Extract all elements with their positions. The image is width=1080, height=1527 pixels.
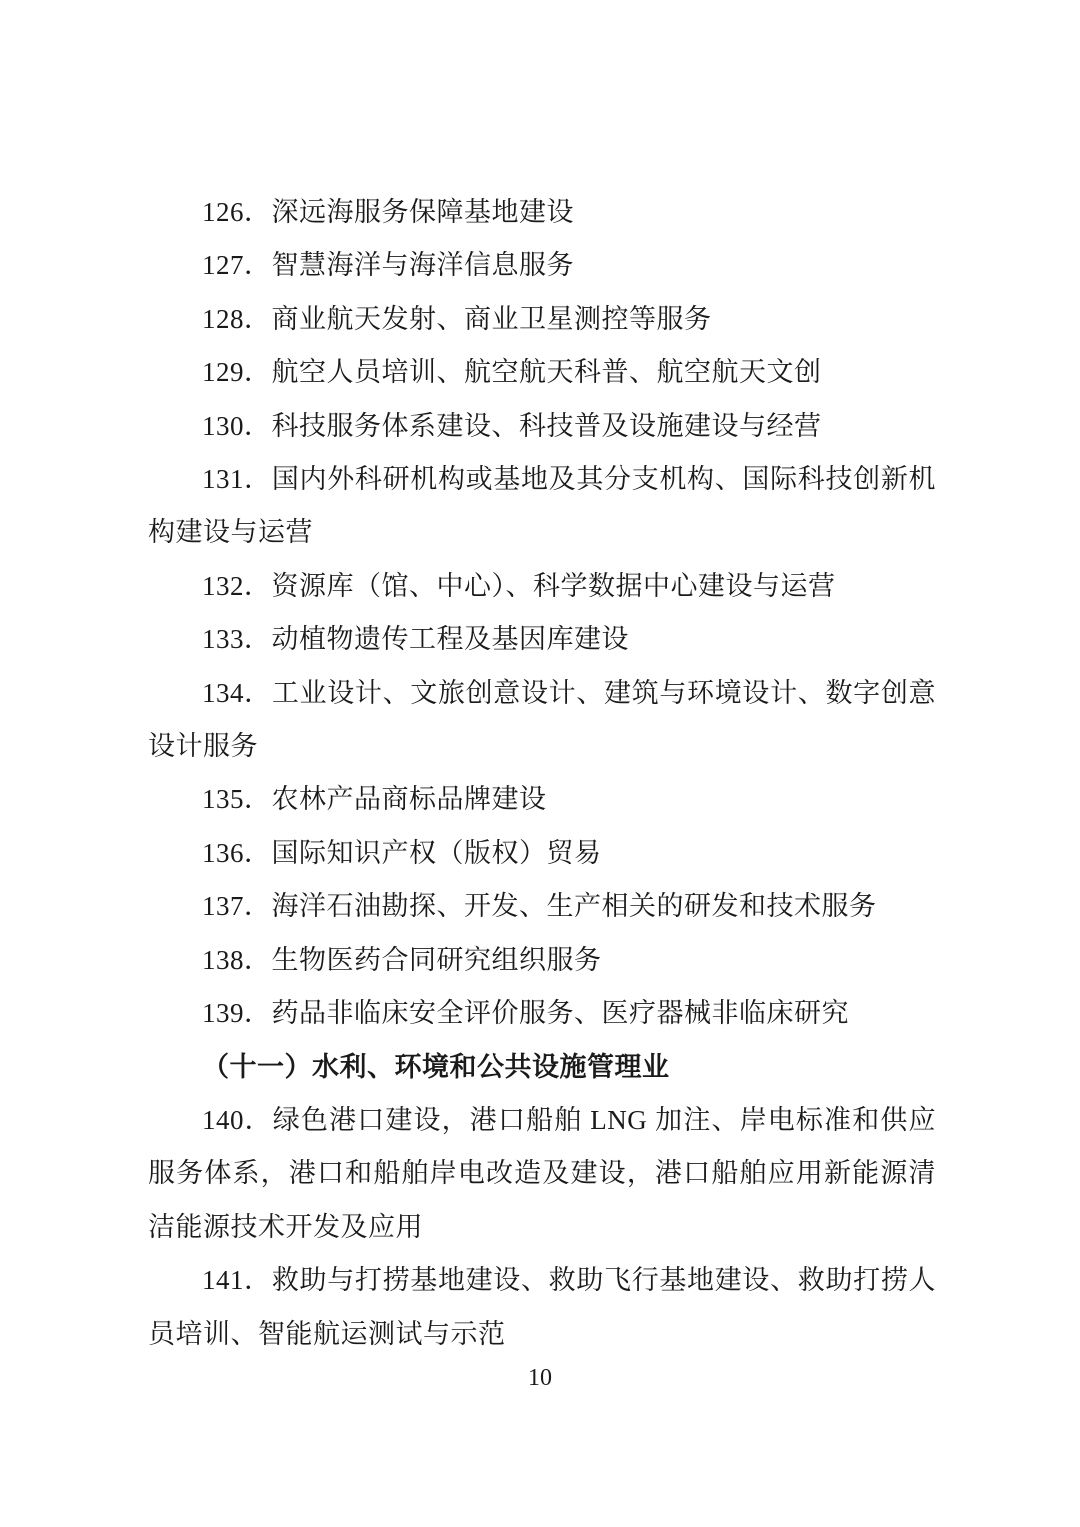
list-item-138: 138．生物医药合同研究组织服务 (148, 934, 936, 987)
document-body: 126．深远海服务保障基地建设 127．智慧海洋与海洋信息服务 128．商业航天… (148, 186, 936, 1361)
list-item-135: 135．农林产品商标品牌建设 (148, 773, 936, 826)
list-item-129: 129．航空人员培训、航空航天科普、航空航天文创 (148, 346, 936, 399)
document-page: 126．深远海服务保障基地建设 127．智慧海洋与海洋信息服务 128．商业航天… (0, 0, 1080, 1527)
list-item-136: 136．国际知识产权（版权）贸易 (148, 827, 936, 880)
list-item-140: 140．绿色港口建设，港口船舶 LNG 加注、岸电标准和供应服务体系，港口和船舶… (148, 1094, 936, 1254)
list-item-133: 133．动植物遗传工程及基因库建设 (148, 613, 936, 666)
list-item-126: 126．深远海服务保障基地建设 (148, 186, 936, 239)
page-number: 10 (0, 1363, 1080, 1393)
list-item-132: 132．资源库（馆、中心）、科学数据中心建设与运营 (148, 560, 936, 613)
list-item-127: 127．智慧海洋与海洋信息服务 (148, 239, 936, 292)
list-item-137: 137．海洋石油勘探、开发、生产相关的研发和技术服务 (148, 880, 936, 933)
list-item-128: 128．商业航天发射、商业卫星测控等服务 (148, 293, 936, 346)
list-item-131: 131．国内外科研机构或基地及其分支机构、国际科技创新机构建设与运营 (148, 453, 936, 560)
list-item-130: 130．科技服务体系建设、科技普及设施建设与经营 (148, 400, 936, 453)
list-item-141: 141．救助与打捞基地建设、救助飞行基地建设、救助打捞人员培训、智能航运测试与示… (148, 1254, 936, 1361)
list-item-139: 139．药品非临床安全评价服务、医疗器械非临床研究 (148, 987, 936, 1040)
section-heading-11: （十一）水利、环境和公共设施管理业 (148, 1041, 936, 1094)
list-item-134: 134．工业设计、文旅创意设计、建筑与环境设计、数字创意设计服务 (148, 667, 936, 774)
